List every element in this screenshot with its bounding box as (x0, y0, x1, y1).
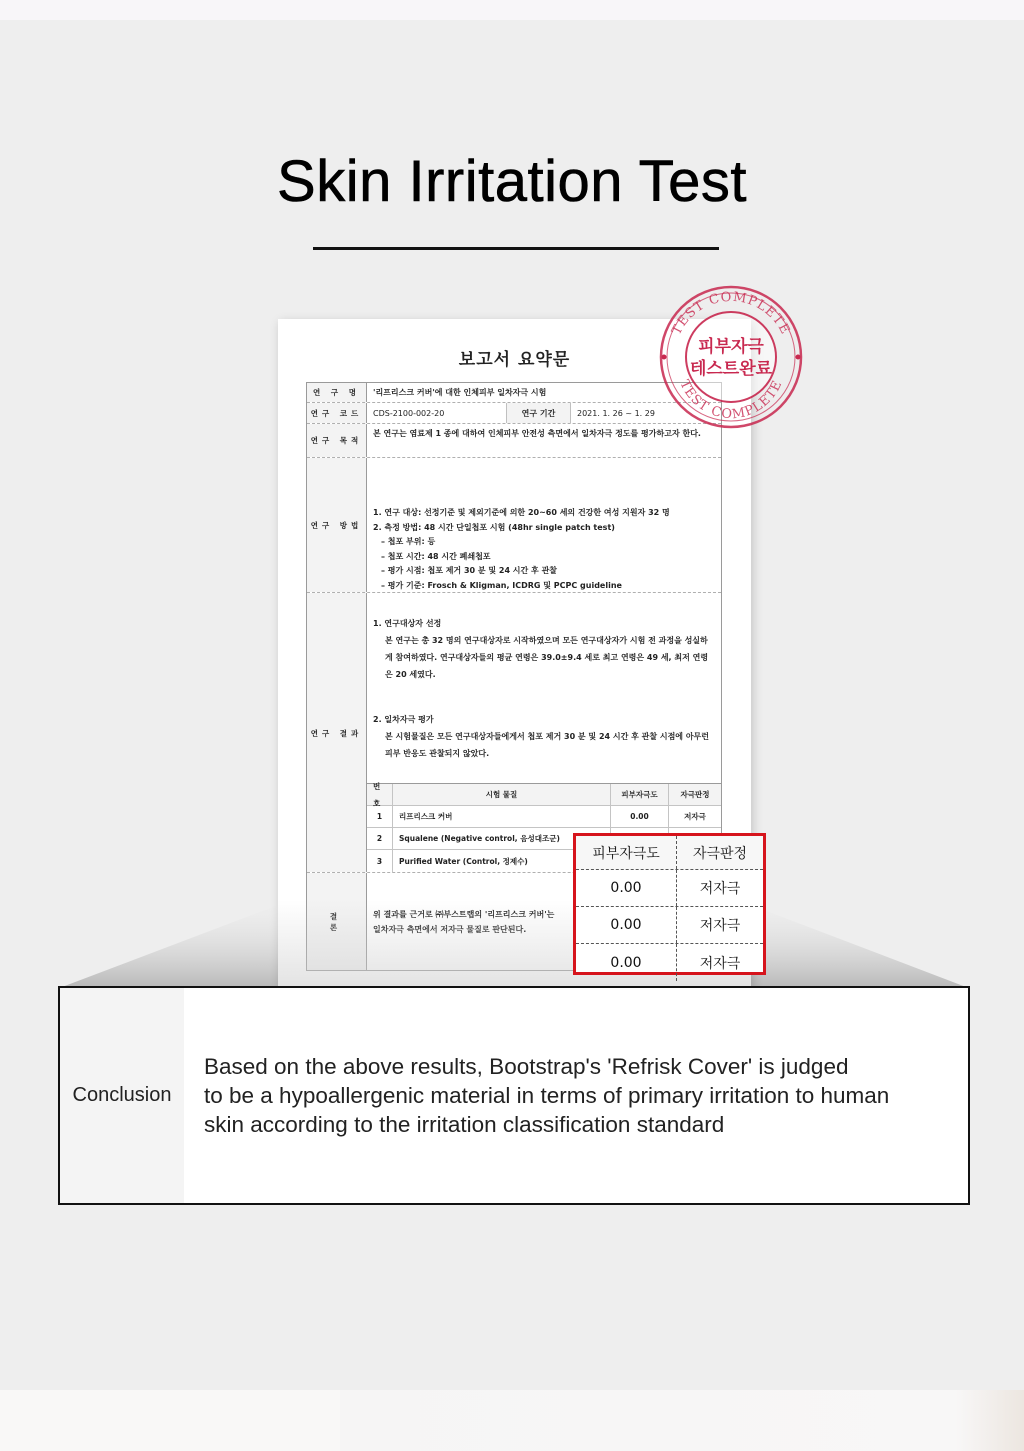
bottom-strip (0, 1390, 1024, 1451)
conclusion-line: to be a hypoallergenic material in terms… (204, 1081, 948, 1110)
results-section1-body: 본 연구는 총 32 명의 연구대상자로 시작하였으며 모든 연구대상자가 시험… (373, 632, 715, 683)
highlight-score: 0.00 (576, 944, 677, 981)
results-section2-title: 2. 일차자극 평가 (373, 711, 715, 728)
results-table-header: 번호 시험 물질 피부자극도 자극판정 (367, 784, 721, 806)
cell-score: 0.00 (611, 806, 669, 827)
header-score: 피부자극도 (611, 784, 669, 805)
method-line: 1. 연구 대상: 선정기준 및 제외기준에 의한 20~60 세의 건강한 여… (373, 506, 670, 521)
conclusion-line: Based on the above results, Bootstrap's … (204, 1052, 948, 1081)
row-results: 연구 결과 1. 연구대상자 선정 본 연구는 총 32 명의 연구대상자로 시… (307, 593, 721, 873)
conclusion-text: Based on the above results, Bootstrap's … (184, 988, 968, 1203)
highlight-row: 0.00 저자극 (576, 944, 763, 981)
cell-substance: 리프리스크 커버 (393, 806, 611, 827)
svg-text:테스트완료: 테스트완료 (690, 358, 773, 379)
test-complete-stamp: TEST COMPLETE TEST COMPLETE 피부자극 테스트완료 (655, 282, 807, 432)
method-line: – 평가 기준: Frosch & Kligman, ICDRG 및 PCPC … (373, 579, 670, 594)
conclusion-box: Conclusion Based on the above results, B… (58, 986, 970, 1205)
results-section2-body: 본 시험물질은 모든 연구대상자들에게서 첩포 제거 30 분 및 24 시간 … (373, 728, 715, 762)
cell-no: 1 (367, 806, 393, 827)
cell-no: 3 (367, 850, 393, 872)
header-judgement: 자극판정 (669, 784, 721, 805)
label-study-period: 연구 기간 (507, 403, 571, 423)
method-line: – 평가 시점: 첩포 제거 30 분 및 24 시간 후 관찰 (373, 564, 670, 579)
label-study-code: 연구 코드 (307, 403, 367, 423)
cell-judgement: 저자극 (669, 806, 721, 827)
highlight-judgement: 저자극 (677, 944, 763, 981)
highlight-header-score: 피부자극도 (576, 836, 677, 869)
highlight-judgement: 저자극 (677, 870, 763, 906)
method-line: – 첩포 시간: 48 시간 폐쇄첩포 (373, 550, 670, 565)
method-line: – 첩포 부위: 등 (373, 535, 670, 550)
highlight-row: 0.00 저자극 (576, 907, 763, 944)
label-purpose: 연구 목적 (307, 424, 367, 457)
highlight-score: 0.00 (576, 907, 677, 943)
highlight-row: 0.00 저자극 (576, 870, 763, 907)
header-substance: 시험 물질 (393, 784, 611, 805)
highlight-header-row: 피부자극도 자극판정 (576, 836, 763, 870)
conclusion-line: skin according to the irritation classif… (204, 1110, 948, 1139)
top-strip (0, 0, 1024, 20)
highlight-header-judgement: 자극판정 (677, 836, 763, 869)
table-row: 1 리프리스크 커버 0.00 저자극 (367, 806, 721, 828)
row-method: 연구 방법 1. 연구 대상: 선정기준 및 제외기준에 의한 20~60 세의… (307, 458, 721, 593)
value-study-code: CDS-2100-002-20 (367, 403, 507, 423)
label-study-name: 연 구 명 (307, 383, 367, 402)
label-results: 연구 결과 (307, 593, 367, 872)
highlight-score: 0.00 (576, 870, 677, 906)
results-section1-title: 1. 연구대상자 선정 (373, 615, 715, 632)
highlight-judgement: 저자극 (677, 907, 763, 943)
header-no: 번호 (367, 784, 393, 805)
label-conclusion-kr: 결 론 (307, 873, 367, 970)
method-line: 2. 측정 방법: 48 시간 단일첩포 시험 (48hr single pat… (373, 521, 670, 536)
title-underline (313, 247, 719, 250)
svg-text:피부자극: 피부자극 (698, 336, 764, 357)
bottom-image-edge (340, 1390, 1024, 1451)
highlight-results-box: 피부자극도 자극판정 0.00 저자극 0.00 저자극 0.00 저자극 (573, 833, 766, 975)
page-title: Skin Irritation Test (0, 148, 1024, 215)
conclusion-label: Conclusion (60, 988, 184, 1203)
cell-no: 2 (367, 828, 393, 849)
label-method: 연구 방법 (307, 458, 367, 592)
